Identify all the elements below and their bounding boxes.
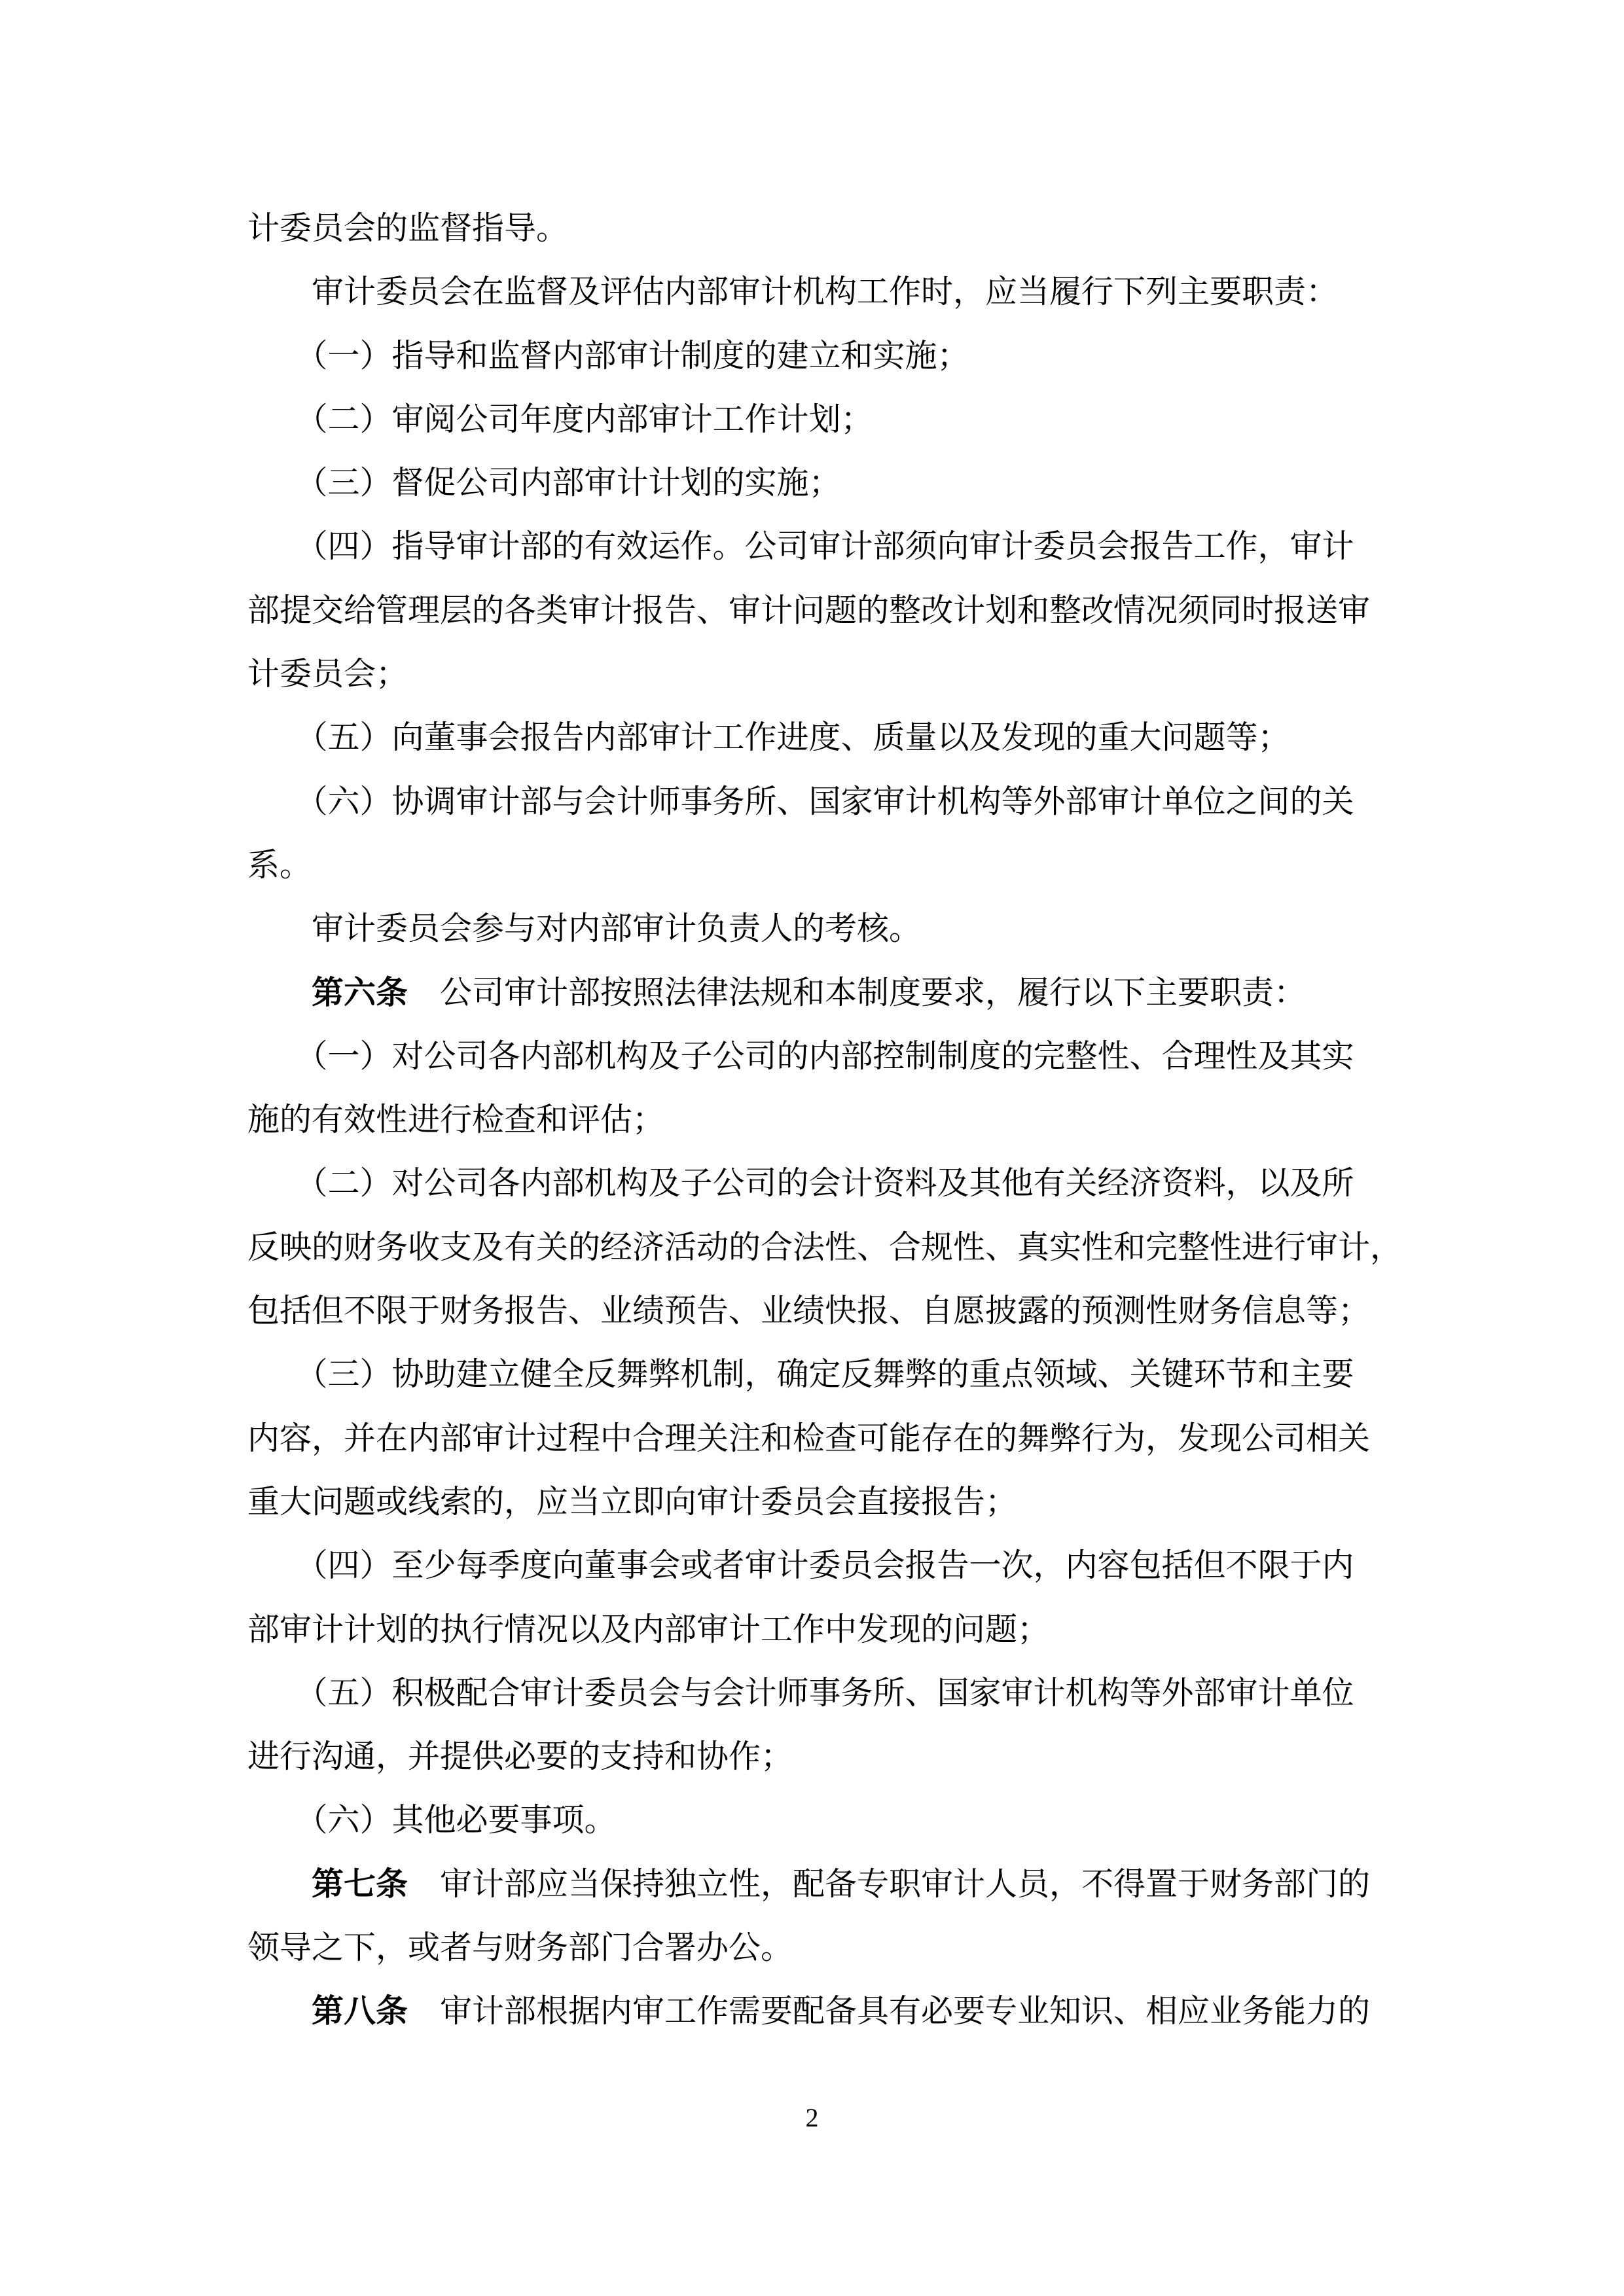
text-segment: （六）其他必要事项。 <box>247 1802 617 1838</box>
text-line: 部审计计划的执行情况以及内部审计工作中发现的问题； <box>247 1598 1369 1661</box>
text-segment: （三）督促公司内部审计计划的实施； <box>247 465 841 501</box>
text-segment: 部提交给管理层的各类审计报告、审计问题的整改计划和整改情况须同时报送审 <box>247 592 1370 628</box>
text-line: 施的有效性进行检查和评估； <box>247 1088 1369 1151</box>
text-line: （二）审阅公司年度内部审计工作计划； <box>247 387 1369 451</box>
text-line: 计委员会； <box>247 642 1369 706</box>
text-line: 重大问题或线索的，应当立即向审计委员会直接报告； <box>247 1470 1369 1534</box>
text-segment: 审计委员会在监督及评估内部审计机构工作时，应当履行下列主要职责： <box>247 274 1338 310</box>
text-line: （五）向董事会报告内部审计工作进度、质量以及发现的重大问题等； <box>247 706 1369 769</box>
text-line: 第八条 审计部根据内审工作需要配备具有必要专业知识、相应业务能力的 <box>247 1979 1369 2043</box>
text-line: 第六条 公司审计部按照法律法规和本制度要求，履行以下主要职责： <box>247 961 1369 1024</box>
text-line: 包括但不限于财务报告、业绩预告、业绩快报、自愿披露的预测性财务信息等； <box>247 1279 1369 1342</box>
text-line: 反映的财务收支及有关的经济活动的合法性、合规性、真实性和完整性进行审计， <box>247 1215 1369 1279</box>
text-segment: （一）对公司各内部机构及子公司的内部控制制度的完整性、合理性及其实 <box>247 1038 1354 1074</box>
text-segment: 内容，并在内部审计过程中合理关注和检查可能存在的舞弊行为，发现公司相关 <box>247 1420 1370 1456</box>
text-line: 审计委员会在监督及评估内部审计机构工作时，应当履行下列主要职责： <box>247 260 1369 323</box>
text-line: 部提交给管理层的各类审计报告、审计问题的整改计划和整改情况须同时报送审 <box>247 579 1369 642</box>
text-segment: 进行沟通，并提供必要的支持和协作； <box>247 1738 793 1774</box>
text-segment: 计委员会； <box>247 656 408 692</box>
text-line: （三）督促公司内部审计计划的实施； <box>247 451 1369 514</box>
text-segment: 包括但不限于财务报告、业绩预告、业绩快报、自愿披露的预测性财务信息等； <box>247 1293 1370 1329</box>
text-segment: 重大问题或线索的，应当立即向审计委员会直接报告； <box>247 1484 1017 1520</box>
text-line: 内容，并在内部审计过程中合理关注和检查可能存在的舞弊行为，发现公司相关 <box>247 1407 1369 1470</box>
text-segment <box>247 975 312 1011</box>
text-segment <box>247 1866 312 1902</box>
text-line: （五）积极配合审计委员会与会计师事务所、国家审计机构等外部审计单位 <box>247 1661 1369 1725</box>
text-line: 计委员会的监督指导。 <box>247 196 1369 260</box>
text-line: （二）对公司各内部机构及子公司的会计资料及其他有关经济资料，以及所 <box>247 1151 1369 1215</box>
text-line: 第七条 审计部应当保持独立性，配备专职审计人员，不得置于财务部门的 <box>247 1852 1369 1916</box>
text-segment <box>247 1993 312 2029</box>
article-number-label: 第八条 <box>312 1993 408 2029</box>
page-number: 2 <box>0 2098 1624 2138</box>
text-segment: 施的有效性进行检查和评估； <box>247 1102 664 1138</box>
text-segment: （五）向董事会报告内部审计工作进度、质量以及发现的重大问题等； <box>247 719 1290 755</box>
text-line: （四）指导审计部的有效运作。公司审计部须向审计委员会报告工作，审计 <box>247 514 1369 578</box>
text-segment: 领导之下，或者与财务部门合署办公。 <box>247 1929 793 1965</box>
text-line: （一）指导和监督内部审计制度的建立和实施； <box>247 324 1369 387</box>
text-segment: （四）至少每季度向董事会或者审计委员会报告一次，内容包括但不限于内 <box>247 1547 1354 1583</box>
text-segment: 系。 <box>247 847 312 883</box>
text-segment: （三）协助建立健全反舞弊机制，确定反舞弊的重点领域、关键环节和主要 <box>247 1356 1354 1392</box>
text-line: （六）其他必要事项。 <box>247 1788 1369 1852</box>
text-line: 进行沟通，并提供必要的支持和协作； <box>247 1725 1369 1788</box>
text-segment: （二）审阅公司年度内部审计工作计划； <box>247 401 873 437</box>
text-segment: 审计委员会参与对内部审计负责人的考核。 <box>247 910 921 946</box>
text-segment: 公司审计部按照法律法规和本制度要求，履行以下主要职责： <box>408 975 1306 1011</box>
text-line: （四）至少每季度向董事会或者审计委员会报告一次，内容包括但不限于内 <box>247 1534 1369 1597</box>
text-line: 审计委员会参与对内部审计负责人的考核。 <box>247 897 1369 960</box>
text-segment: 计委员会的监督指导。 <box>247 210 568 246</box>
text-line: 领导之下，或者与财务部门合署办公。 <box>247 1916 1369 1979</box>
text-segment: （五）积极配合审计委员会与会计师事务所、国家审计机构等外部审计单位 <box>247 1675 1354 1711</box>
text-segment: （一）指导和监督内部审计制度的建立和实施； <box>247 338 969 374</box>
document-body: 计委员会的监督指导。 审计委员会在监督及评估内部审计机构工作时，应当履行下列主要… <box>247 196 1369 2043</box>
article-number-label: 第七条 <box>312 1866 408 1902</box>
text-line: （六）协调审计部与会计师事务所、国家审计机构等外部审计单位之间的关 <box>247 770 1369 833</box>
article-number-label: 第六条 <box>312 975 408 1011</box>
text-line: （三）协助建立健全反舞弊机制，确定反舞弊的重点领域、关键环节和主要 <box>247 1342 1369 1406</box>
text-segment: 反映的财务收支及有关的经济活动的合法性、合规性、真实性和完整性进行审计， <box>247 1229 1402 1265</box>
text-line: （一）对公司各内部机构及子公司的内部控制制度的完整性、合理性及其实 <box>247 1024 1369 1088</box>
document-page: 计委员会的监督指导。 审计委员会在监督及评估内部审计机构工作时，应当履行下列主要… <box>0 0 1624 2296</box>
text-segment: （二）对公司各内部机构及子公司的会计资料及其他有关经济资料，以及所 <box>247 1165 1354 1201</box>
text-segment: （六）协调审计部与会计师事务所、国家审计机构等外部审计单位之间的关 <box>247 783 1354 819</box>
text-segment: 审计部根据内审工作需要配备具有必要专业知识、相应业务能力的 <box>408 1993 1370 2029</box>
text-segment: 部审计计划的执行情况以及内部审计工作中发现的问题； <box>247 1611 1049 1647</box>
text-line: 系。 <box>247 833 1369 897</box>
text-segment: （四）指导审计部的有效运作。公司审计部须向审计委员会报告工作，审计 <box>247 528 1354 564</box>
text-segment: 审计部应当保持独立性，配备专职审计人员，不得置于财务部门的 <box>408 1866 1370 1902</box>
